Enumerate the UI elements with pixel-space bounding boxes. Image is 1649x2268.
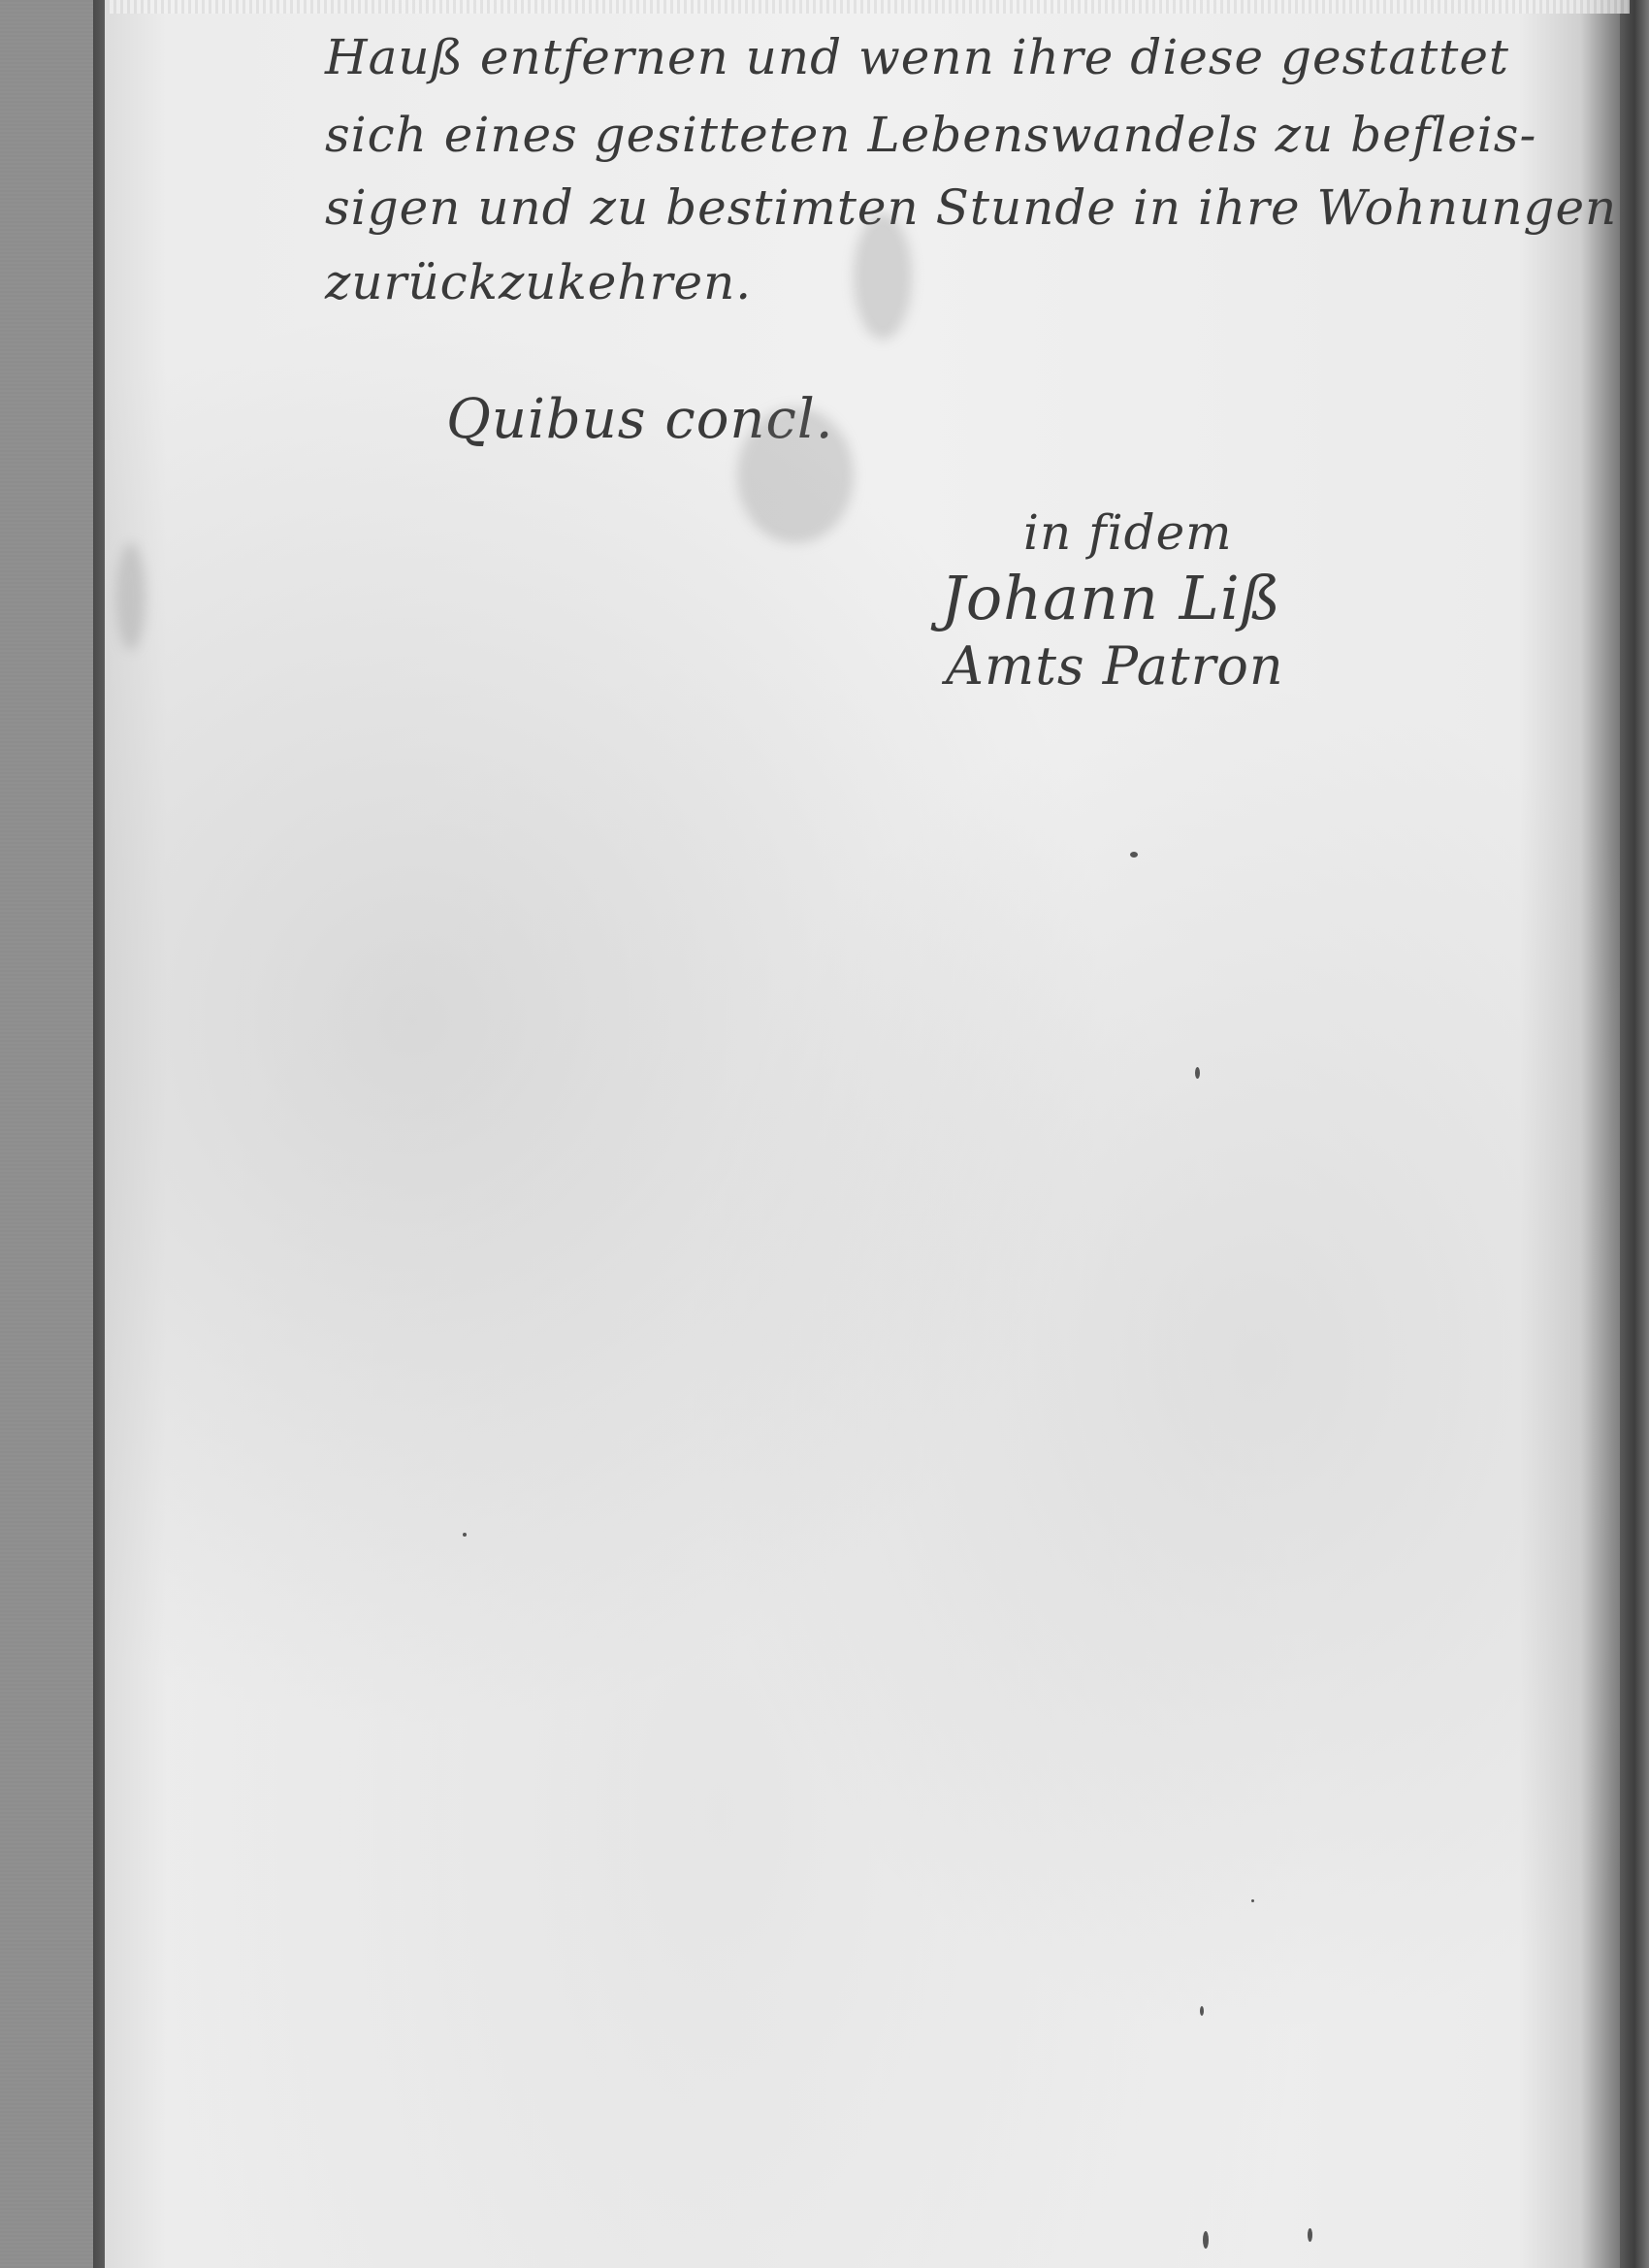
body-line-3: sigen und zu bestimten Stunde in ihre Wo… (325, 179, 1617, 236)
paper-smudge (854, 213, 912, 340)
ink-speck (463, 1533, 467, 1537)
body-line-4: zurückzukehren. (325, 254, 752, 310)
signatory-title: Amts Patron (946, 635, 1284, 697)
ink-speck (1200, 2006, 1204, 2016)
manuscript-page (105, 0, 1642, 2268)
scan-top-edge (107, 0, 1630, 14)
body-line-1: Hauß entfernen und wenn ihre diese gesta… (325, 29, 1509, 85)
body-line-2: sich eines gesitteten Lebenswandels zu b… (325, 107, 1536, 163)
attestation-phrase: in fidem (1023, 504, 1233, 561)
ink-speck (1130, 852, 1138, 858)
ink-speck (1203, 2231, 1209, 2249)
signatory-name: Johann Liß (941, 563, 1281, 633)
ink-speck (1195, 1067, 1200, 1079)
ink-speck (1308, 2228, 1312, 2242)
paper-smudge (116, 543, 145, 650)
paper-smudge (737, 407, 854, 543)
right-binding-edge (1620, 0, 1649, 2268)
ink-speck (1251, 1899, 1254, 1902)
